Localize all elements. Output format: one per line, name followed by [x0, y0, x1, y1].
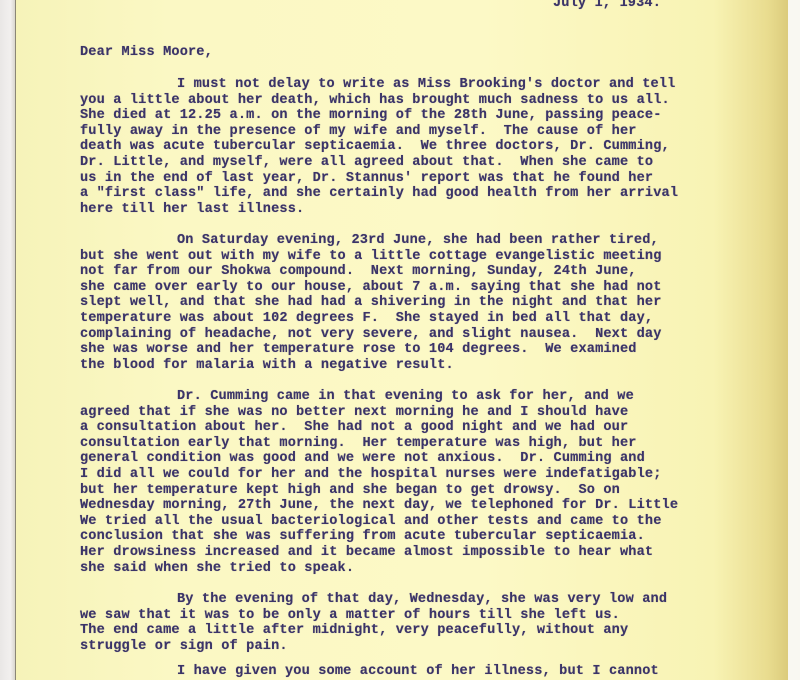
text-line: Dr. Cumming came in that evening to ask … [80, 389, 678, 405]
text-line: us in the end of last year, Dr. Stannus'… [80, 171, 678, 187]
text-line: she said when she tried to speak. [80, 561, 678, 577]
text-line: complaining of headache, not very severe… [80, 327, 662, 343]
text-line: but her temperature kept high and she be… [80, 483, 678, 499]
letter-date: July 1, 1934. [553, 0, 661, 12]
text-line: not far from our Shokwa compound. Next m… [80, 264, 662, 280]
text-line: a "first class" life, and she certainly … [80, 186, 678, 202]
text-line: She died at 12.25 a.m. on the morning of… [80, 108, 678, 124]
text-line: you a little about her death, which has … [80, 93, 678, 109]
text-line: here till her last illness. [80, 202, 678, 218]
text-line: Wednesday morning, 27th June, the next d… [80, 498, 678, 514]
paragraph-5: I have given you some account of her ill… [80, 664, 659, 680]
text-line: We tried all the usual bacteriological a… [80, 514, 678, 530]
text-line: Dr. Little, and myself, were all agreed … [80, 155, 678, 171]
text-line: slept well, and that she had had a shive… [80, 295, 662, 311]
text-line: consultation early that morning. Her tem… [80, 436, 678, 452]
text-line: general condition was good and we were n… [80, 451, 678, 467]
text-line: By the evening of that day, Wednesday, s… [80, 592, 667, 608]
text-line: struggle or sign of pain. [80, 639, 667, 655]
text-line: I did all we could for her and the hospi… [80, 467, 678, 483]
scanner-bed-right [788, 0, 800, 680]
text-line: I have given you some account of her ill… [80, 664, 659, 680]
scanner-bed-left [0, 0, 15, 680]
paragraph-3: Dr. Cumming came in that evening to ask … [80, 389, 678, 576]
text-line: fully away in the presence of my wife an… [80, 124, 678, 140]
text-line: temperature was about 102 degrees F. She… [80, 311, 662, 327]
salutation: Dear Miss Moore, [80, 45, 213, 61]
paragraph-4: By the evening of that day, Wednesday, s… [80, 592, 667, 654]
text-line: she was worse and her temperature rose t… [80, 342, 662, 358]
scanned-letter: July 1, 1934. Dear Miss Moore, I must no… [0, 0, 800, 680]
paragraph-1: I must not delay to write as Miss Brooki… [80, 77, 678, 217]
text-line: death was acute tubercular septicaemia. … [80, 139, 678, 155]
text-line: she came over early to our house, about … [80, 280, 662, 296]
text-line: the blood for malaria with a negative re… [80, 358, 662, 374]
text-line: but she went out with my wife to a littl… [80, 249, 662, 265]
text-line: The end came a little after midnight, ve… [80, 623, 667, 639]
text-line: Her drowsiness increased and it became a… [80, 545, 678, 561]
text-line: I must not delay to write as Miss Brooki… [80, 77, 678, 93]
text-line: agreed that if she was no better next mo… [80, 405, 678, 421]
text-line: we saw that it was to be only a matter o… [80, 608, 667, 624]
paragraph-2: On Saturday evening, 23rd June, she had … [80, 233, 662, 373]
text-line: conclusion that she was suffering from a… [80, 529, 678, 545]
text-line: On Saturday evening, 23rd June, she had … [80, 233, 662, 249]
text-line: a consultation about her. She had not a … [80, 420, 678, 436]
